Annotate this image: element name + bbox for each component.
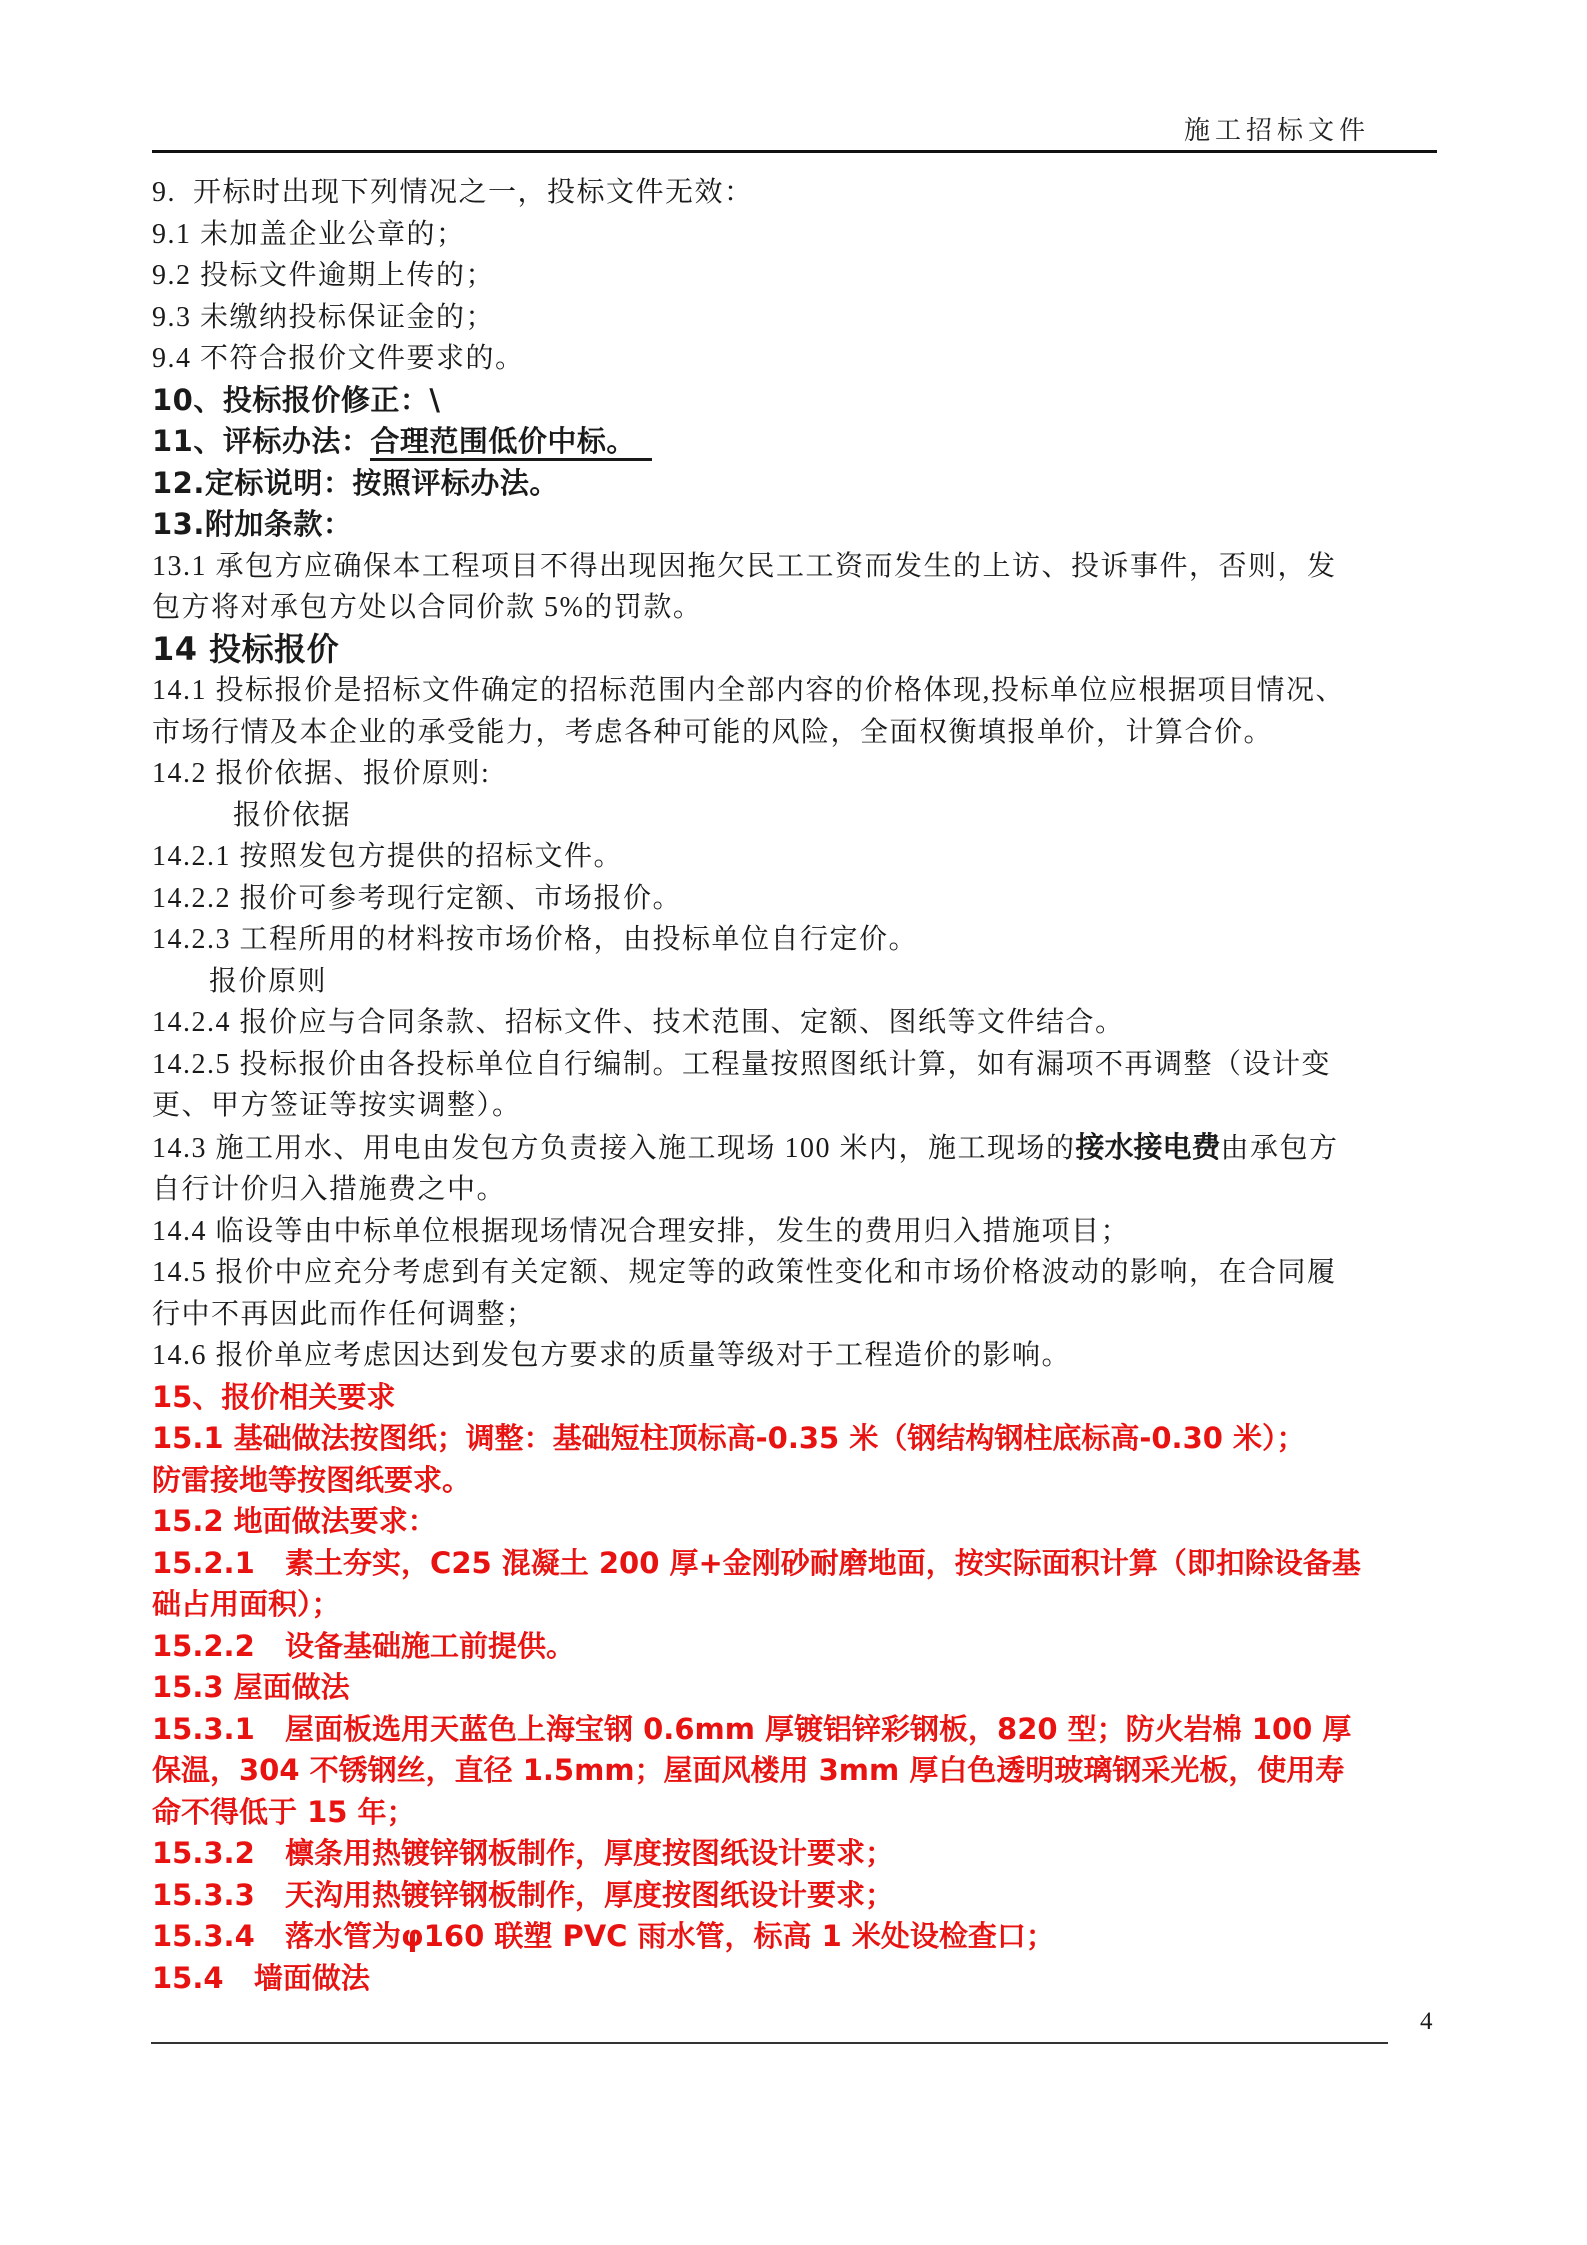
doc-line: 14.6 报价单应考虑因达到发包方要求的质量等级对于工程造价的影响。 xyxy=(152,1335,1442,1377)
header-title: 施工招标文件 xyxy=(1184,110,1370,147)
doc-line: 报价依据 xyxy=(152,795,1442,837)
footer-divider xyxy=(151,2042,1388,2044)
doc-line: 市场行情及本企业的承受能力，考虑各种可能的风险，全面权衡填报单价，计算合价。 xyxy=(152,712,1442,754)
doc-line: 报价原则 xyxy=(152,961,1442,1003)
doc-line: 9. 开标时出现下列情况之一，投标文件无效： xyxy=(152,172,1442,214)
document-page: 施工招标文件 9. 开标时出现下列情况之一，投标文件无效：9.1 未加盖企业公章… xyxy=(0,0,1587,2245)
emphasis-segment: 接水接电费 xyxy=(1076,1130,1221,1164)
doc-line: 13.附加条款： xyxy=(152,504,1442,546)
doc-line: 15.4 墙面做法 xyxy=(152,1958,1442,2000)
doc-line: 14.2.1 按照发包方提供的招标文件。 xyxy=(152,836,1442,878)
doc-line: 15、报价相关要求 xyxy=(152,1377,1442,1419)
page-number: 4 xyxy=(1420,2008,1433,2036)
text-segment: 由承包方 xyxy=(1221,1133,1339,1164)
doc-line: 15.3.2 檩条用热镀锌钢板制作，厚度按图纸设计要求； xyxy=(152,1833,1442,1875)
text-segment: 11、评标办法： xyxy=(152,424,370,458)
doc-line: 包方将对承包方处以合同价款 5%的罚款。 xyxy=(152,587,1442,629)
doc-line: 命不得低于 15 年； xyxy=(152,1792,1442,1834)
doc-line: 11、评标办法：合理范围低价中标。 xyxy=(152,421,1442,463)
text-segment: 14.3 施工用水、用电由发包方负责接入施工现场 100 米内，施工现场的 xyxy=(152,1133,1076,1164)
doc-line: 14.1 投标报价是招标文件确定的招标范围内全部内容的价格体现,投标单位应根据项… xyxy=(152,670,1442,712)
doc-line: 9.2 投标文件逾期上传的； xyxy=(152,255,1442,297)
doc-line: 9.4 不符合报价文件要求的。 xyxy=(152,338,1442,380)
doc-line: 14.2.5 投标报价由各投标单位自行编制。工程量按照图纸计算，如有漏项不再调整… xyxy=(152,1044,1442,1086)
underlined-segment: 合理范围低价中标。 xyxy=(370,424,652,461)
doc-line: 14.3 施工用水、用电由发包方负责接入施工现场 100 米内，施工现场的接水接… xyxy=(152,1127,1442,1170)
header-divider xyxy=(152,150,1437,153)
doc-line: 15.1 基础做法按图纸；调整：基础短柱顶标高-0.35 米（钢结构钢柱底标高-… xyxy=(152,1418,1442,1460)
doc-line: 9.3 未缴纳投标保证金的； xyxy=(152,297,1442,339)
doc-line: 10、投标报价修正：\ xyxy=(152,380,1442,422)
doc-line: 13.1 承包方应确保本工程项目不得出现因拖欠民工工资而发生的上访、投诉事件，否… xyxy=(152,546,1442,588)
doc-line: 15.2 地面做法要求： xyxy=(152,1501,1442,1543)
doc-line: 15.3.1 屋面板选用天蓝色上海宝钢 0.6mm 厚镀铝锌彩钢板，820 型；… xyxy=(152,1709,1442,1751)
doc-line: 14 投标报价 xyxy=(152,629,1442,671)
doc-line: 15.3.3 天沟用热镀锌钢板制作，厚度按图纸设计要求； xyxy=(152,1875,1442,1917)
doc-line: 12.定标说明：按照评标办法。 xyxy=(152,463,1442,505)
doc-line: 14.2.3 工程所用的材料按市场价格，由投标单位自行定价。 xyxy=(152,919,1442,961)
doc-line: 14.2 报价依据、报价原则: xyxy=(152,753,1442,795)
doc-line: 14.5 报价中应充分考虑到有关定额、规定等的政策性变化和市场价格波动的影响，在… xyxy=(152,1252,1442,1294)
doc-line: 15.2.1 素土夯实，C25 混凝土 200 厚+金刚砂耐磨地面，按实际面积计… xyxy=(152,1543,1442,1585)
doc-line: 15.3 屋面做法 xyxy=(152,1667,1442,1709)
doc-line: 础占用面积）； xyxy=(152,1584,1442,1626)
doc-line: 保温，304 不锈钢丝，直径 1.5mm；屋面风楼用 3mm 厚白色透明玻璃钢采… xyxy=(152,1750,1442,1792)
doc-line: 14.4 临设等由中标单位根据现场情况合理安排，发生的费用归入措施项目； xyxy=(152,1211,1442,1253)
document-body: 9. 开标时出现下列情况之一，投标文件无效：9.1 未加盖企业公章的；9.2 投… xyxy=(152,172,1442,1999)
doc-line: 15.2.2 设备基础施工前提供。 xyxy=(152,1626,1442,1668)
doc-line: 9.1 未加盖企业公章的； xyxy=(152,214,1442,256)
doc-line: 15.3.4 落水管为φ160 联塑 PVC 雨水管，标高 1 米处设检查口； xyxy=(152,1916,1442,1958)
doc-line: 更、甲方签证等按实调整）。 xyxy=(152,1085,1442,1127)
doc-line: 14.2.4 报价应与合同条款、招标文件、技术范围、定额、图纸等文件结合。 xyxy=(152,1002,1442,1044)
doc-line: 自行计价归入措施费之中。 xyxy=(152,1169,1442,1211)
doc-line: 14.2.2 报价可参考现行定额、市场报价。 xyxy=(152,878,1442,920)
doc-line: 行中不再因此而作任何调整； xyxy=(152,1294,1442,1336)
doc-line: 防雷接地等按图纸要求。 xyxy=(152,1460,1442,1502)
